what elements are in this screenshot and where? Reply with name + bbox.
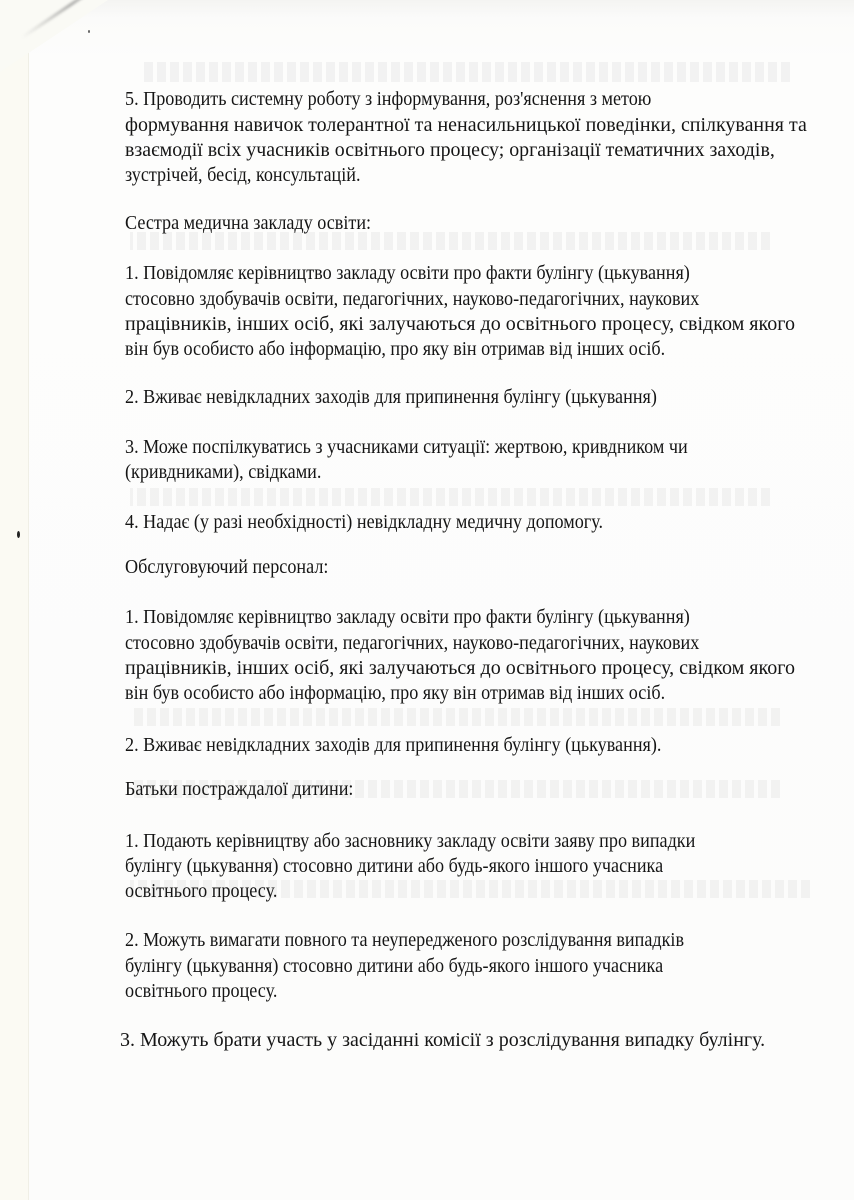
- bleed-through-text: [140, 62, 790, 82]
- parents-item-2-line-1: 2. Можуть вимагати повного та неупередже…: [125, 929, 684, 953]
- staff-item-1-line-2: стосовно здобувачів освіти, педагогічних…: [125, 632, 699, 656]
- item-5-line-2: формування навичок толерантної та ненаси…: [125, 114, 807, 138]
- scanned-page: 5. Проводить системну роботу з інформува…: [0, 0, 854, 1200]
- item-5-line-4: зустрічей, бесід, консультацій.: [125, 164, 361, 188]
- page-margin-strip: [0, 0, 29, 1200]
- folded-corner: [0, 0, 108, 72]
- item-5-line-1: 5. Проводить системну роботу з інформува…: [125, 88, 651, 112]
- scan-speck: [17, 531, 20, 538]
- nurse-item-3-line-2: (кривдниками), свідками.: [125, 461, 321, 485]
- parents-item-1-line-1: 1. Подають керівництву або засновнику за…: [125, 830, 695, 854]
- nurse-item-1-line-1: 1. Повідомляє керівництво закладу освіти…: [125, 262, 690, 286]
- nurse-item-4: 4. Надає (у разі необхідності) невідклад…: [125, 511, 603, 535]
- parents-heading: Батьки постраждалої дитини:: [125, 778, 353, 802]
- parents-item-1-line-3: освітнього процесу.: [125, 880, 277, 904]
- staff-item-1-line-1: 1. Повідомляє керівництво закладу освіти…: [125, 606, 690, 630]
- bleed-through-text: [130, 488, 770, 506]
- nurse-item-1-line-3: працівників, інших осіб, які залучаються…: [125, 313, 795, 337]
- nurse-item-1-line-4: він був особисто або інформацію, про яку…: [125, 338, 665, 362]
- nurse-heading: Сестра медична закладу освіти:: [125, 212, 371, 236]
- parents-item-3: 3. Можуть брати участь у засіданні коміс…: [120, 1029, 765, 1053]
- staff-item-2: 2. Вживає невідкладних заходів для припи…: [125, 734, 661, 758]
- parents-item-1-line-2: булінгу (цькування) стосовно дитини або …: [125, 855, 663, 879]
- nurse-item-2: 2. Вживає невідкладних заходів для припи…: [125, 386, 657, 410]
- staff-item-1-line-3: працівників, інших осіб, які залучаються…: [125, 657, 795, 681]
- item-5-line-3: взаємодії всіх учасників освітнього проц…: [125, 139, 775, 163]
- nurse-item-1-line-2: стосовно здобувачів освіти, педагогічних…: [125, 288, 699, 312]
- staff-item-1-line-4: він був особисто або інформацію, про яку…: [125, 682, 665, 706]
- nurse-item-3-line-1: 3. Може поспілкуватись з учасниками ситу…: [125, 436, 688, 460]
- bleed-through-text: [130, 708, 780, 726]
- parents-item-2-line-2: булінгу (цькування) стосовно дитини або …: [125, 955, 663, 979]
- scan-speck: [88, 30, 90, 33]
- parents-item-2-line-3: освітнього процесу.: [125, 980, 277, 1004]
- staff-heading: Обслуговуючий персонал:: [125, 556, 328, 580]
